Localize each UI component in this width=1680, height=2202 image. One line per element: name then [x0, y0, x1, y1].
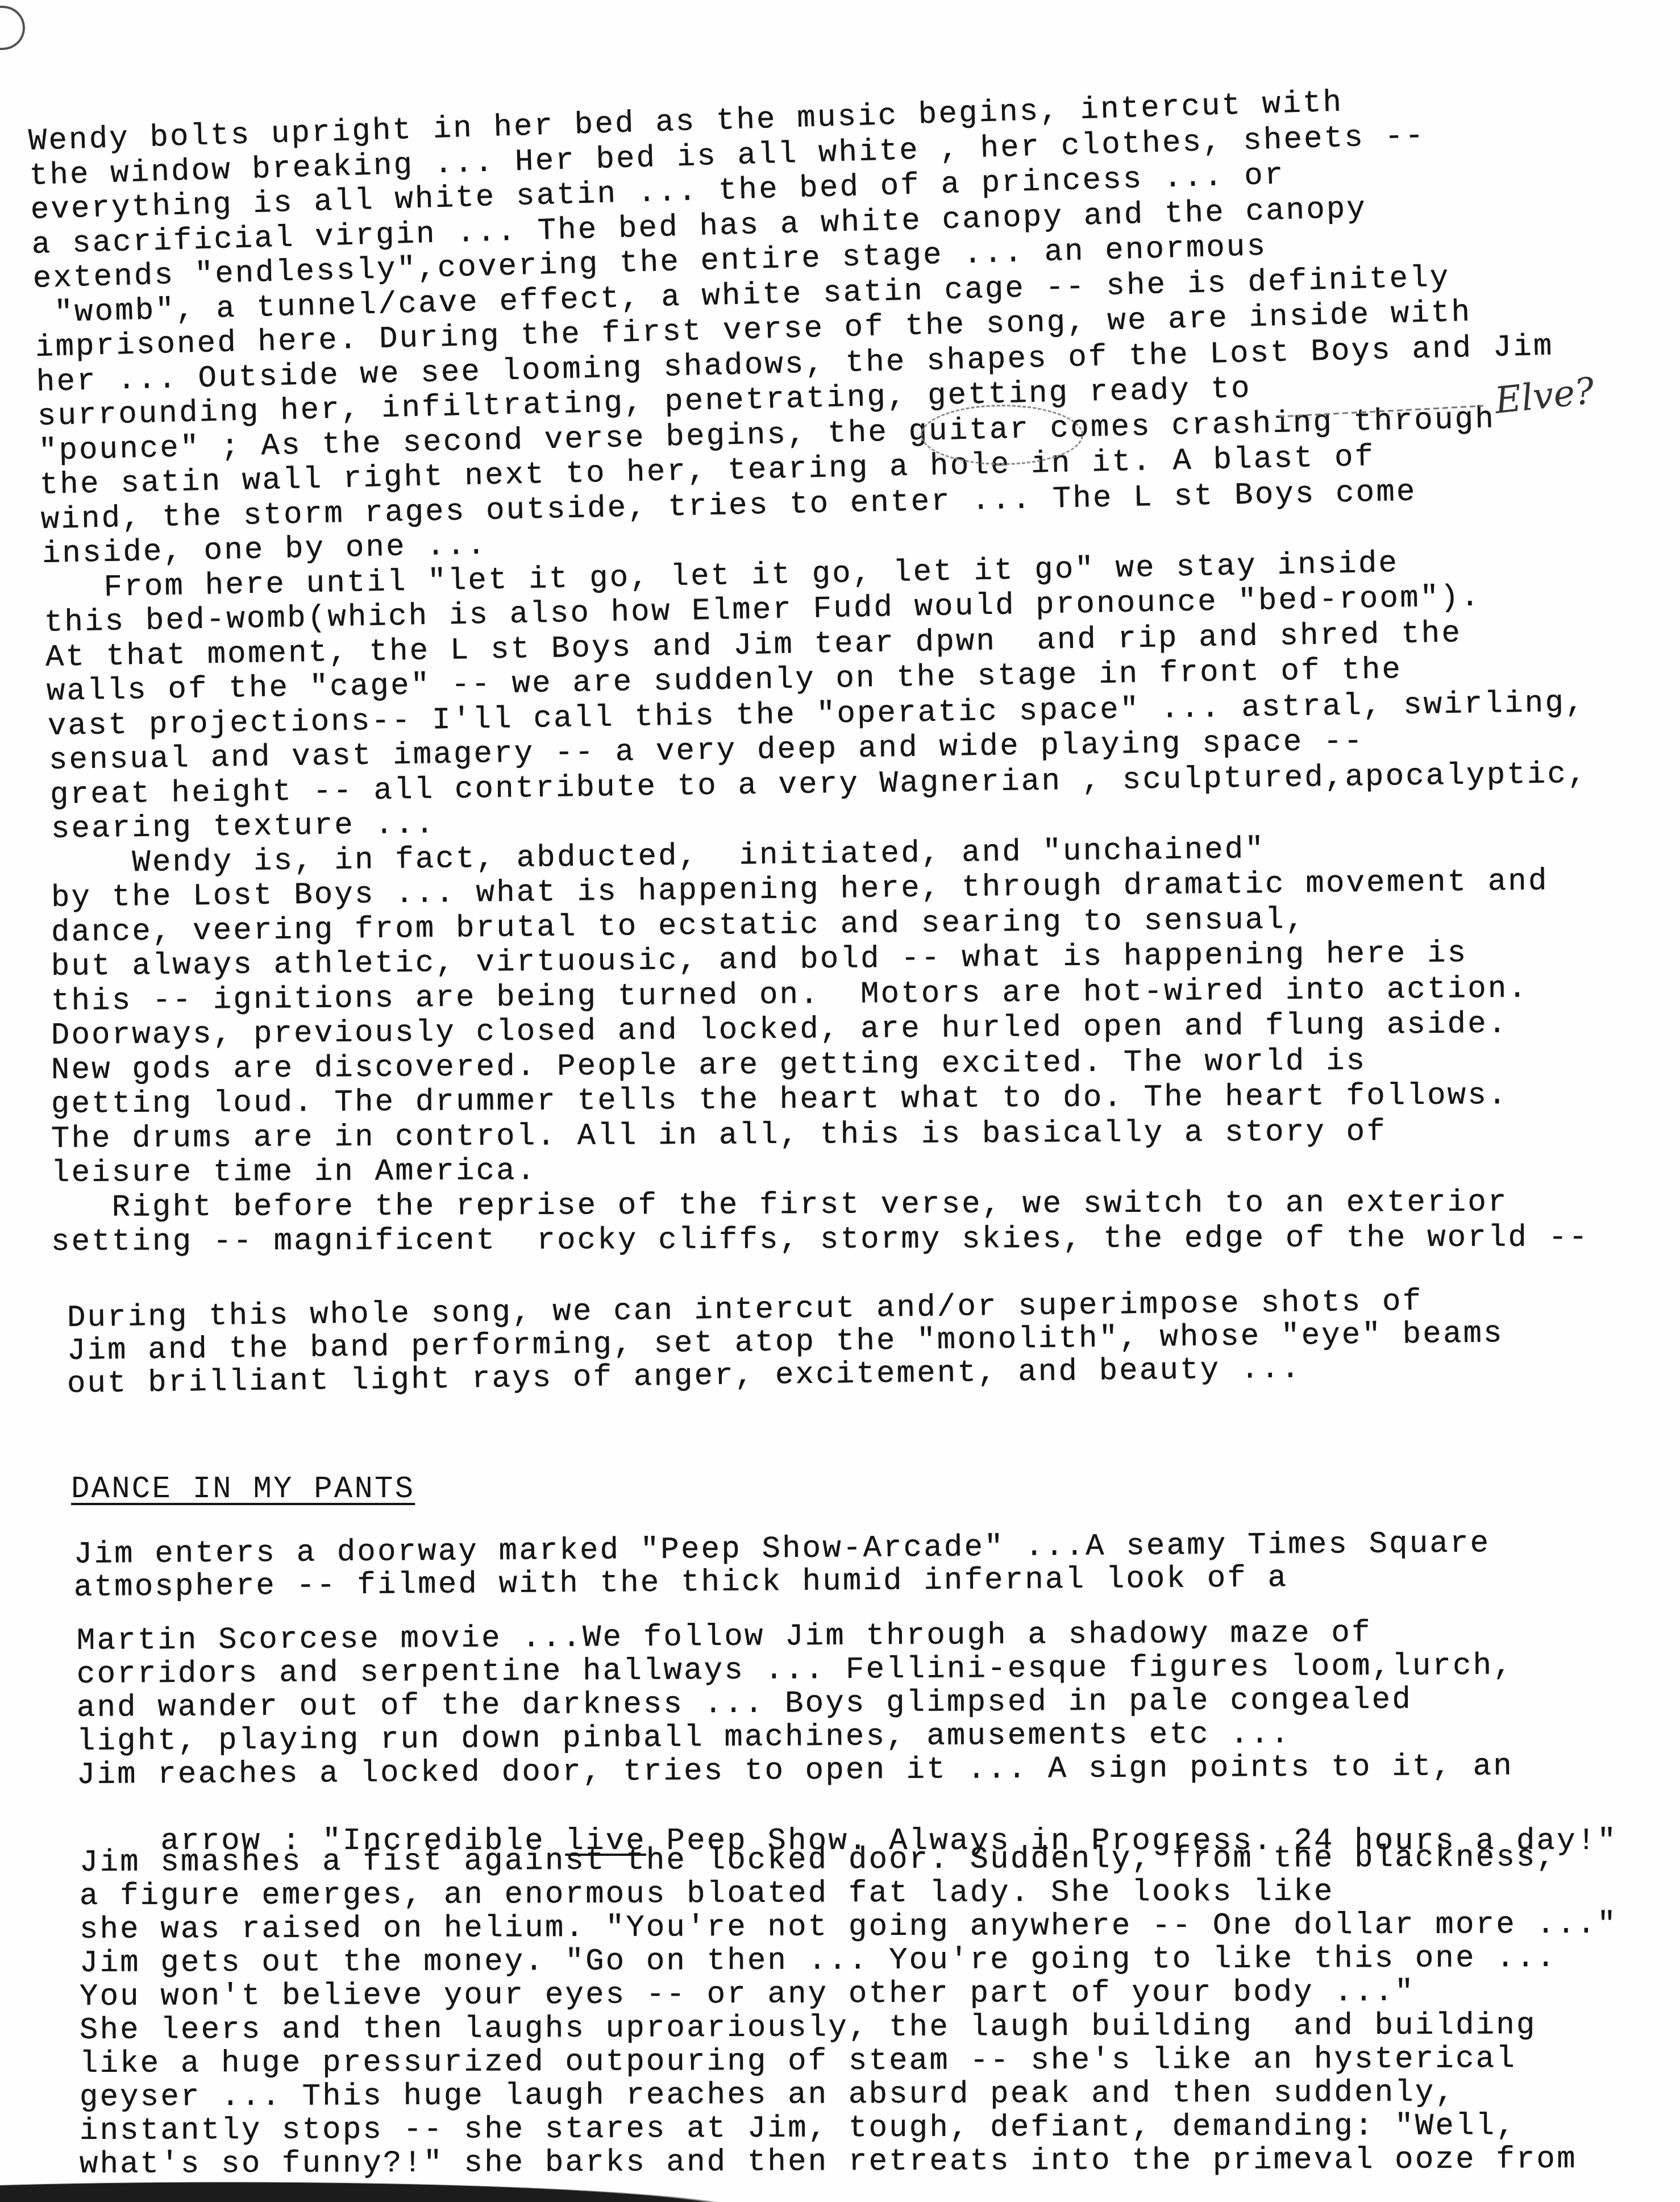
text-line: setting -- magnificent rocky cliffs, sto… — [51, 1221, 1589, 1260]
text-line: Jim smashes a fist against the locked do… — [80, 1841, 1557, 1880]
handwritten-note: Elve? — [1493, 370, 1596, 422]
text-line: searing texture ... — [51, 808, 436, 847]
text-line: leisure time in America. — [51, 1154, 537, 1191]
text-line: geyser ... This huge laugh reaches an ab… — [80, 2076, 1456, 2115]
text-line: a figure emerges, an enormous bloated fa… — [80, 1875, 1334, 1914]
text-line: Jim reaches a locked door, tries to open… — [77, 1750, 1513, 1793]
staple-mark-icon — [0, 6, 25, 50]
text-line: You won't believe your eyes -- or any ot… — [80, 1976, 1415, 2014]
handwritten-circle-mark — [921, 405, 1083, 465]
section-heading: DANCE IN MY PANTS — [71, 1472, 415, 1507]
typewritten-page: Wendy bolts upright in her bed as the mu… — [0, 0, 1680, 2202]
page-edge-shadow — [0, 2151, 1680, 2202]
text-line: Right before the reprise of the first ve… — [51, 1186, 1508, 1225]
text-line: The drums are in control. All in all, th… — [51, 1115, 1387, 1157]
